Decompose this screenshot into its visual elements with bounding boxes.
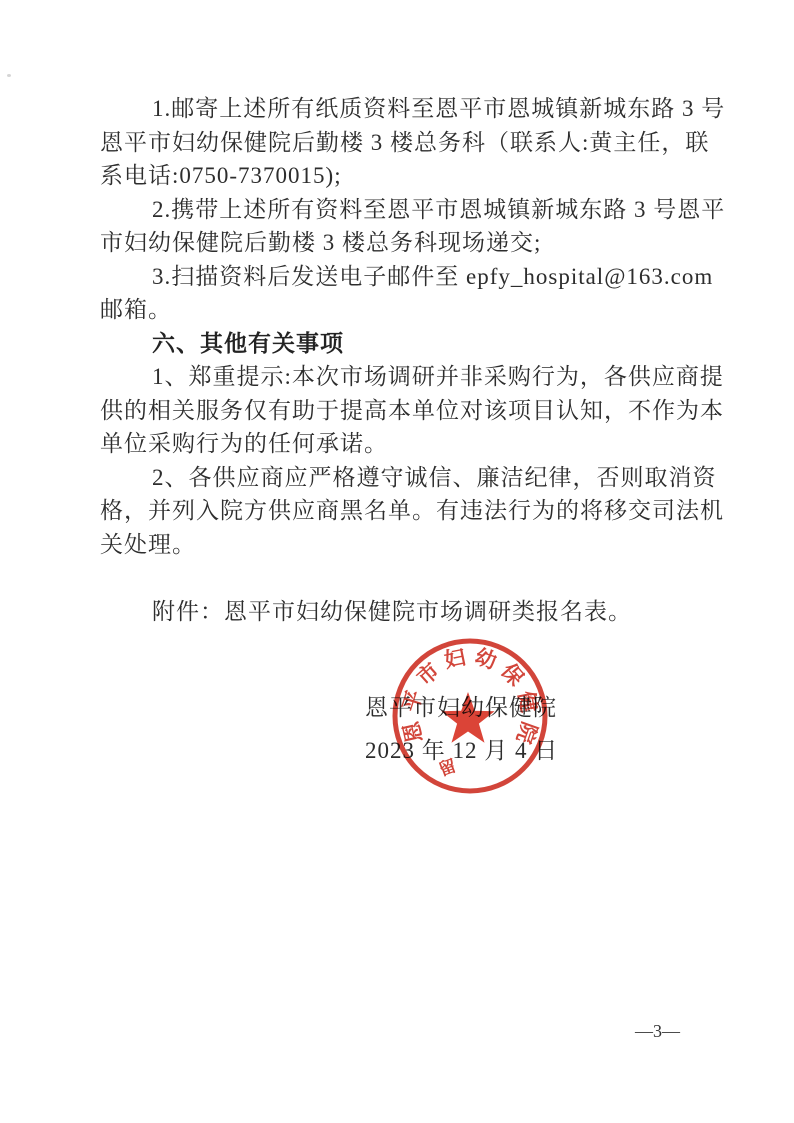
blank-line	[100, 561, 720, 595]
text-line: 邮箱。	[100, 293, 720, 327]
document-page: 1.邮寄上述所有纸质资料至恩平市恩城镇新城东路 3 号恩平市妇幼保健院后勤楼 3…	[0, 0, 794, 1123]
text-line: 供的相关服务仅有助于提高本单位对该项目认知，不作为本	[100, 394, 720, 428]
text-line: 单位采购行为的任何承诺。	[100, 427, 720, 461]
paragraph: 2、各供应商应严格遵守诚信、廉洁纪律，否则取消资格，并列入院方供应商黑名单。有违…	[100, 461, 720, 562]
text-line: 恩平市妇幼保健院后勤楼 3 楼总务科（联系人:黄主任，联	[100, 126, 720, 160]
page-number: —3—	[635, 1020, 680, 1042]
text-line: 2.携带上述所有资料至恩平市恩城镇新城东路 3 号恩平	[100, 193, 720, 227]
seal-star-icon	[441, 692, 494, 743]
text-line: 1、郑重提示:本次市场调研并非采购行为，各供应商提	[100, 360, 720, 394]
text-line: 附件：恩平市妇幼保健院市场调研类报名表。	[100, 595, 720, 629]
document-body: 1.邮寄上述所有纸质资料至恩平市恩城镇新城东路 3 号恩平市妇幼保健院后勤楼 3…	[100, 92, 720, 628]
text-line: 系电话:0750-7370015);	[100, 159, 720, 193]
text-line: 格，并列入院方供应商黑名单。有违法行为的将移交司法机	[100, 494, 720, 528]
text-line: 市妇幼保健院后勤楼 3 楼总务科现场递交;	[100, 226, 720, 260]
official-seal: 恩平市妇幼保健院 留	[388, 634, 552, 798]
seal-bottom-mark: 留	[436, 755, 459, 780]
text-line: 3.扫描资料后发送电子邮件至 epfy_hospital@163.com	[100, 260, 720, 294]
text-line: 2、各供应商应严格遵守诚信、廉洁纪律，否则取消资	[100, 461, 720, 495]
paragraph: 附件：恩平市妇幼保健院市场调研类报名表。	[100, 595, 720, 629]
text-line: 六、其他有关事项	[100, 327, 720, 361]
paragraph: 3.扫描资料后发送电子邮件至 epfy_hospital@163.com邮箱。	[100, 260, 720, 327]
paragraph: 1.邮寄上述所有纸质资料至恩平市恩城镇新城东路 3 号恩平市妇幼保健院后勤楼 3…	[100, 92, 720, 193]
text-line: 关处理。	[100, 528, 720, 562]
section-heading: 六、其他有关事项	[100, 327, 720, 361]
scan-artifact-dot	[7, 74, 11, 77]
text-line: 1.邮寄上述所有纸质资料至恩平市恩城镇新城东路 3 号	[100, 92, 720, 126]
paragraph-spacer	[100, 561, 720, 595]
paragraph: 2.携带上述所有资料至恩平市恩城镇新城东路 3 号恩平市妇幼保健院后勤楼 3 楼…	[100, 193, 720, 260]
paragraph: 1、郑重提示:本次市场调研并非采购行为，各供应商提供的相关服务仅有助于提高本单位…	[100, 360, 720, 461]
